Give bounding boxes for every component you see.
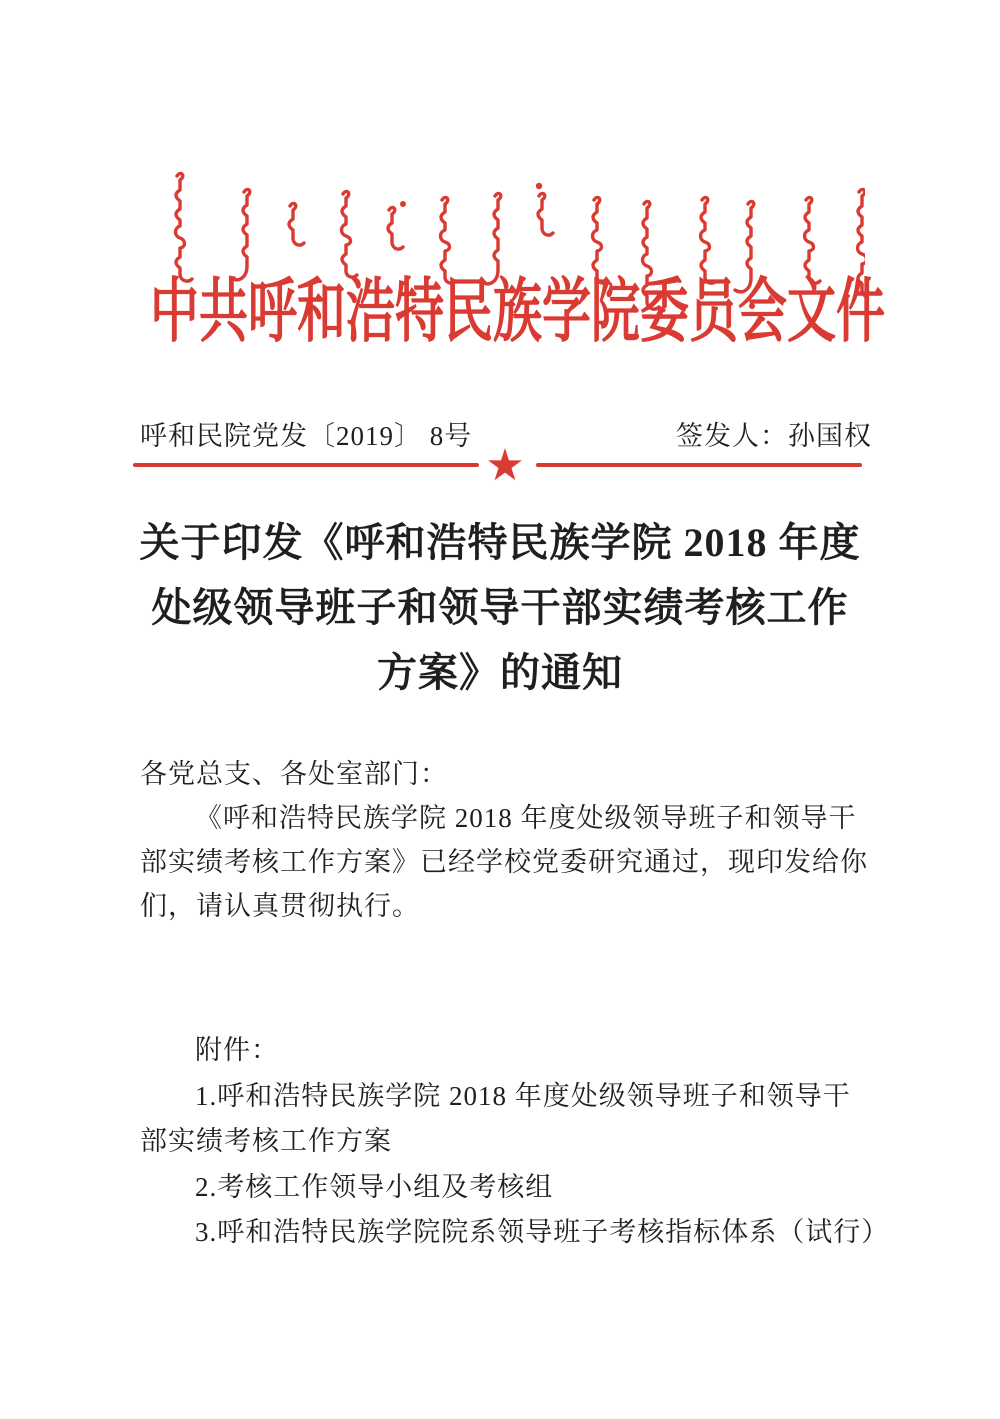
doc-number: 呼和民院党发〔2019〕 8号 xyxy=(140,414,472,453)
document-page: 中共呼和浩特民族学院委员会文件 呼和民院党发〔2019〕 8号 签发人：孙国权 … xyxy=(0,0,1000,1419)
body-line: 们，请认真贯彻执行。 xyxy=(140,884,866,928)
star-icon: ★ xyxy=(483,443,527,489)
attachment-line: 3.呼和浩特民族学院院系领导班子考核指标体系（试行） xyxy=(140,1210,866,1256)
body-line: 部实绩考核工作方案》已经学校党委研究通过，现印发给你 xyxy=(140,840,866,884)
attachment-line: 部实绩考核工作方案 xyxy=(140,1119,866,1165)
body-line: 各党总支、各处室部门： xyxy=(140,752,866,796)
body-line: 《呼和浩特民族学院 2018 年度处级领导班子和领导干 xyxy=(140,796,866,840)
issuer: 签发人：孙国权 xyxy=(676,414,872,453)
document-title: 关于印发《呼和浩特民族学院 2018 年度 处级领导班子和领导干部实绩考核工作 … xyxy=(0,510,1000,705)
issuer-name: 孙国权 xyxy=(788,421,872,451)
attachments-section: 附件： 1.呼和浩特民族学院 2018 年度处级领导班子和领导干 部实绩考核工作… xyxy=(140,1028,866,1256)
organization-masthead: 中共呼和浩特民族学院委员会文件 xyxy=(150,270,850,356)
red-rule-left xyxy=(133,463,479,467)
issuer-label: 签发人： xyxy=(676,421,788,451)
attachment-line: 1.呼和浩特民族学院 2018 年度处级领导班子和领导干 xyxy=(140,1074,866,1120)
body-paragraphs: 各党总支、各处室部门： 《呼和浩特民族学院 2018 年度处级领导班子和领导干 … xyxy=(140,752,866,928)
attachment-line: 2.考核工作领导小组及考核组 xyxy=(140,1165,866,1211)
attachment-line: 附件： xyxy=(140,1028,866,1074)
red-rule-right xyxy=(536,463,862,467)
document-title-line: 处级领导班子和领导干部实绩考核工作 xyxy=(0,575,1000,640)
document-title-line: 关于印发《呼和浩特民族学院 2018 年度 xyxy=(0,510,1000,575)
document-title-line: 方案》的通知 xyxy=(0,640,1000,705)
